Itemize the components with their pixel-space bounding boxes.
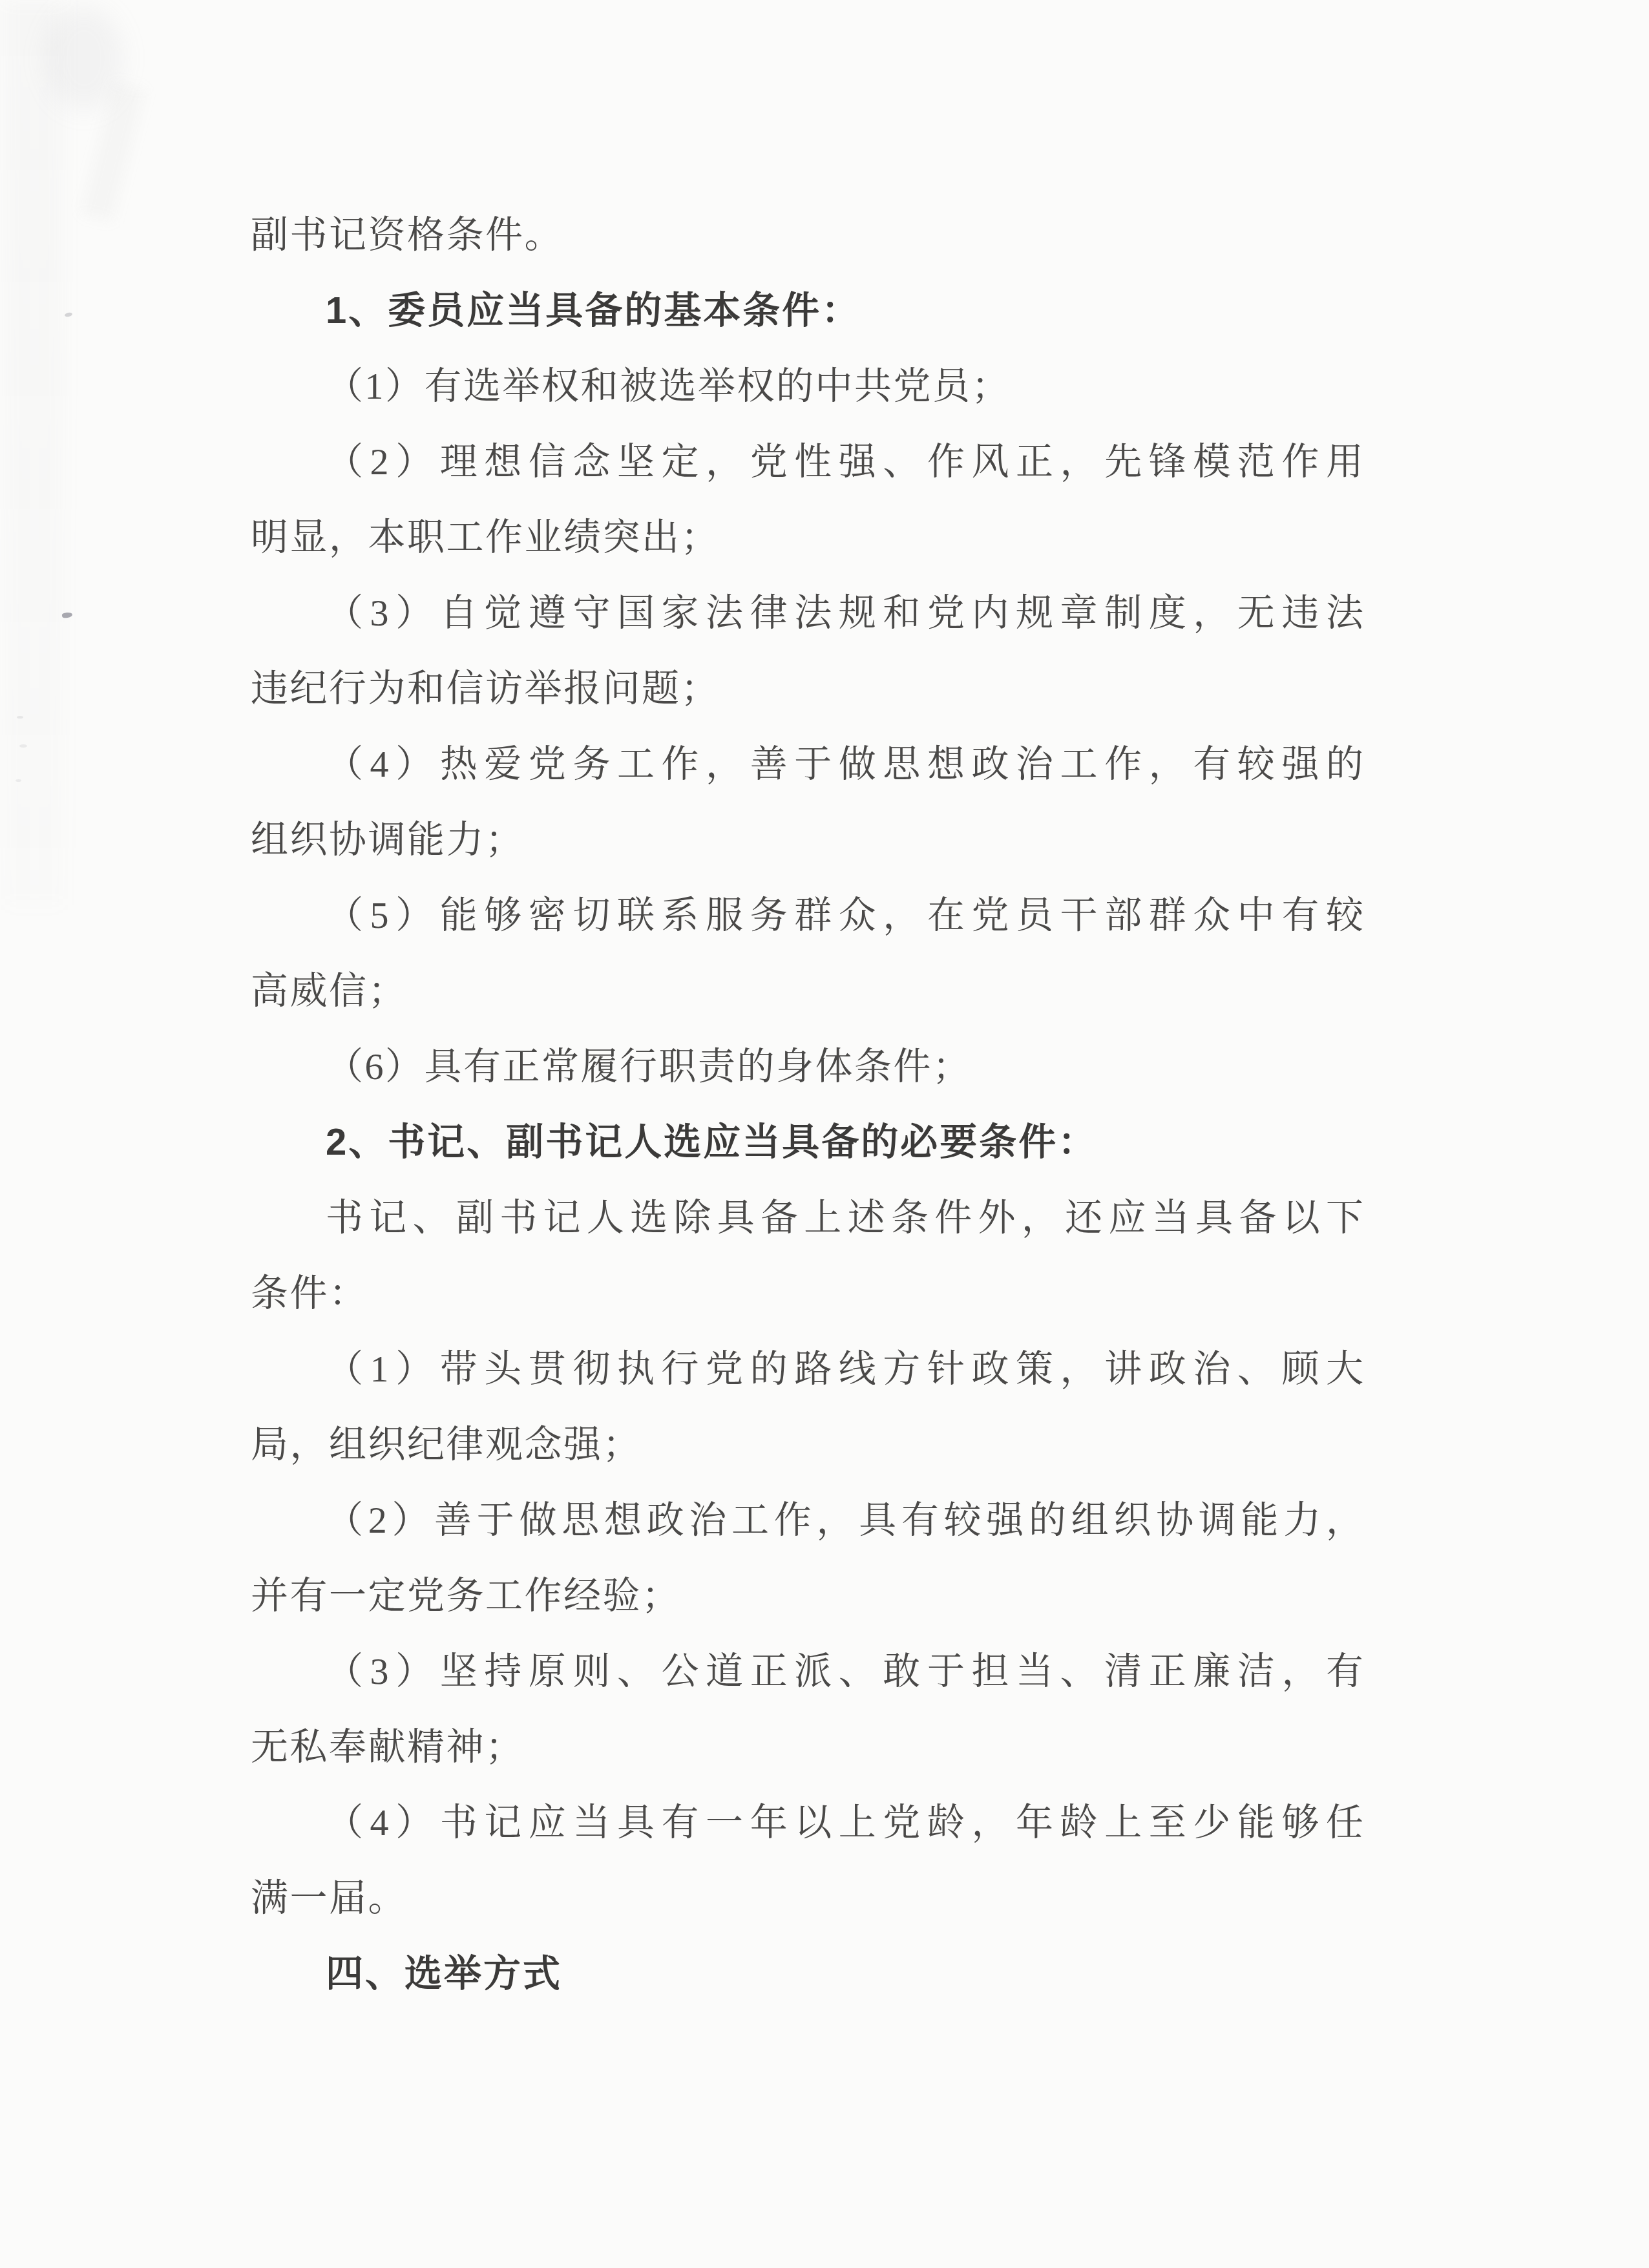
- text-line: （4）热爱党务工作，善于做思想政治工作，有较强的: [251, 726, 1365, 802]
- text-line: （3）坚持原则、公道正派、敢于担当、清正廉洁，有: [251, 1633, 1365, 1709]
- document-body: 副书记资格条件。1、委员应当具备的基本条件：（1）有选举权和被选举权的中共党员；…: [251, 197, 1365, 2011]
- scan-smudge: [45, 6, 123, 110]
- section-heading-line: 四、选举方式: [251, 1936, 1365, 2011]
- text-line: （2）理想信念坚定，党性强、作风正，先锋模范作用: [251, 424, 1365, 499]
- text-line: （5）能够密切联系服务群众，在党员干部群众中有较: [251, 877, 1365, 953]
- text-line: 条件：: [251, 1255, 1365, 1331]
- text-line: 并有一定党务工作经验；: [251, 1558, 1365, 1633]
- text-line: 无私奉献精神；: [251, 1709, 1365, 1785]
- text-line: （2）善于做思想政治工作，具有较强的组织协调能力，: [251, 1482, 1365, 1558]
- text-line: （1）带头贯彻执行党的路线方针政策，讲政治、顾大: [251, 1331, 1365, 1407]
- text-line: 局，组织纪律观念强；: [251, 1407, 1365, 1482]
- scanned-document-page: 副书记资格条件。1、委员应当具备的基本条件：（1）有选举权和被选举权的中共党员；…: [0, 0, 1649, 2268]
- scan-mark: [65, 312, 73, 317]
- text-line: 书记、副书记人选除具备上述条件外，还应当具备以下: [251, 1180, 1365, 1255]
- text-line: 高威信；: [251, 953, 1365, 1029]
- scan-edge-band: [5, 0, 63, 905]
- scan-streak: [81, 82, 145, 222]
- text-line: （4）书记应当具有一年以上党龄，年龄上至少能够任: [251, 1785, 1365, 1860]
- scan-speck: [17, 716, 23, 719]
- text-line: （1）有选举权和被选举权的中共党员；: [251, 348, 1365, 424]
- section-heading-line: 2、书记、副书记人选应当具备的必要条件：: [251, 1104, 1365, 1180]
- section-heading-line: 1、委员应当具备的基本条件：: [251, 273, 1365, 348]
- text-line: 违纪行为和信访举报问题；: [251, 651, 1365, 726]
- scan-speck: [16, 779, 21, 782]
- text-line: （3）自觉遵守国家法律法规和党内规章制度，无违法: [251, 575, 1365, 651]
- scan-speck: [19, 744, 27, 748]
- text-line: 明显，本职工作业绩突出；: [251, 499, 1365, 575]
- text-line: 组织协调能力；: [251, 802, 1365, 877]
- text-line: （6）具有正常履行职责的身体条件；: [251, 1029, 1365, 1104]
- scan-mark: [62, 612, 73, 618]
- text-line: 副书记资格条件。: [251, 197, 1365, 273]
- text-line: 满一届。: [251, 1860, 1365, 1936]
